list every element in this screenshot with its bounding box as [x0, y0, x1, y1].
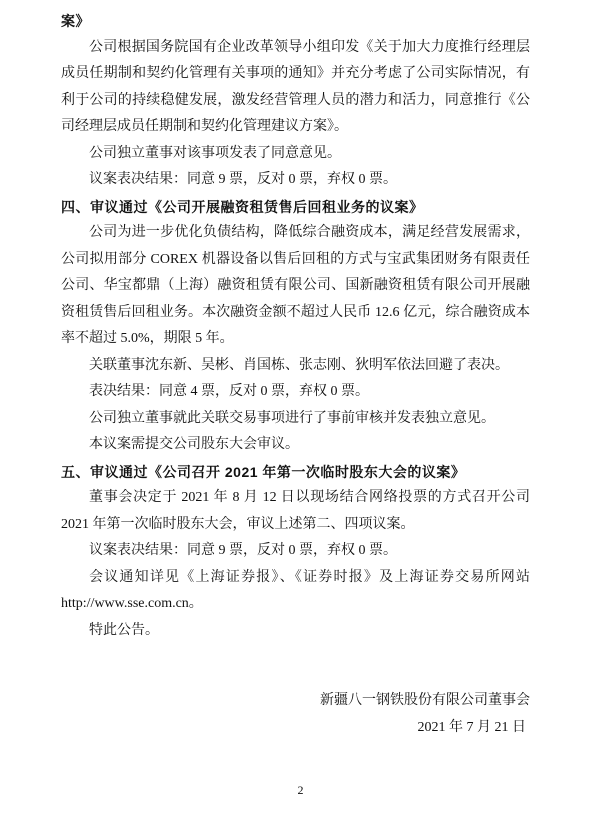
body-paragraph: 特此公告。: [61, 618, 530, 645]
body-paragraph: 公司根据国务院国有企业改革领导小组印发《关于加大力度推行经理层成员任期制和契约化…: [61, 35, 530, 141]
body-paragraph: 表决结果：同意 4 票，反对 0 票，弃权 0 票。: [61, 379, 530, 406]
document-page: 案》公司根据国务院国有企业改革领导小组印发《关于加大力度推行经理层成员任期制和契…: [61, 8, 530, 741]
signature-block: 新疆八一钢铁股份有限公司董事会 2021 年 7 月 21 日: [61, 688, 530, 741]
section-heading: 案》: [61, 8, 530, 35]
body-paragraph: 公司为进一步优化负债结构，降低综合融资成本，满足经营发展需求，公司拟用部分 CO…: [61, 220, 530, 353]
document-body: 案》公司根据国务院国有企业改革领导小组印发《关于加大力度推行经理层成员任期制和契…: [61, 8, 530, 644]
body-paragraph: 议案表决结果：同意 9 票，反对 0 票，弃权 0 票。: [61, 538, 530, 565]
signature-company: 新疆八一钢铁股份有限公司董事会: [61, 688, 530, 715]
body-paragraph: 董事会决定于 2021 年 8 月 12 日以现场结合网络投票的方式召开公司 2…: [61, 485, 530, 538]
section-heading: 五、审议通过《公司召开 2021 年第一次临时股东大会的议案》: [61, 459, 530, 486]
body-paragraph: 本议案需提交公司股东大会审议。: [61, 432, 530, 459]
body-paragraph: 会议通知详见《上海证券报》、《证券时报》及上海证券交易所网站 http://ww…: [61, 565, 530, 618]
page-number: 2: [0, 783, 601, 797]
signature-date: 2021 年 7 月 21 日: [61, 715, 530, 742]
body-paragraph: 议案表决结果：同意 9 票，反对 0 票，弃权 0 票。: [61, 167, 530, 194]
section-heading: 四、审议通过《公司开展融资租赁售后回租业务的议案》: [61, 194, 530, 221]
body-paragraph: 关联董事沈东新、吴彬、肖国栋、张志刚、狄明军依法回避了表决。: [61, 353, 530, 380]
body-paragraph: 公司独立董事对该事项发表了同意意见。: [61, 141, 530, 168]
body-paragraph: 公司独立董事就此关联交易事项进行了事前审核并发表独立意见。: [61, 406, 530, 433]
